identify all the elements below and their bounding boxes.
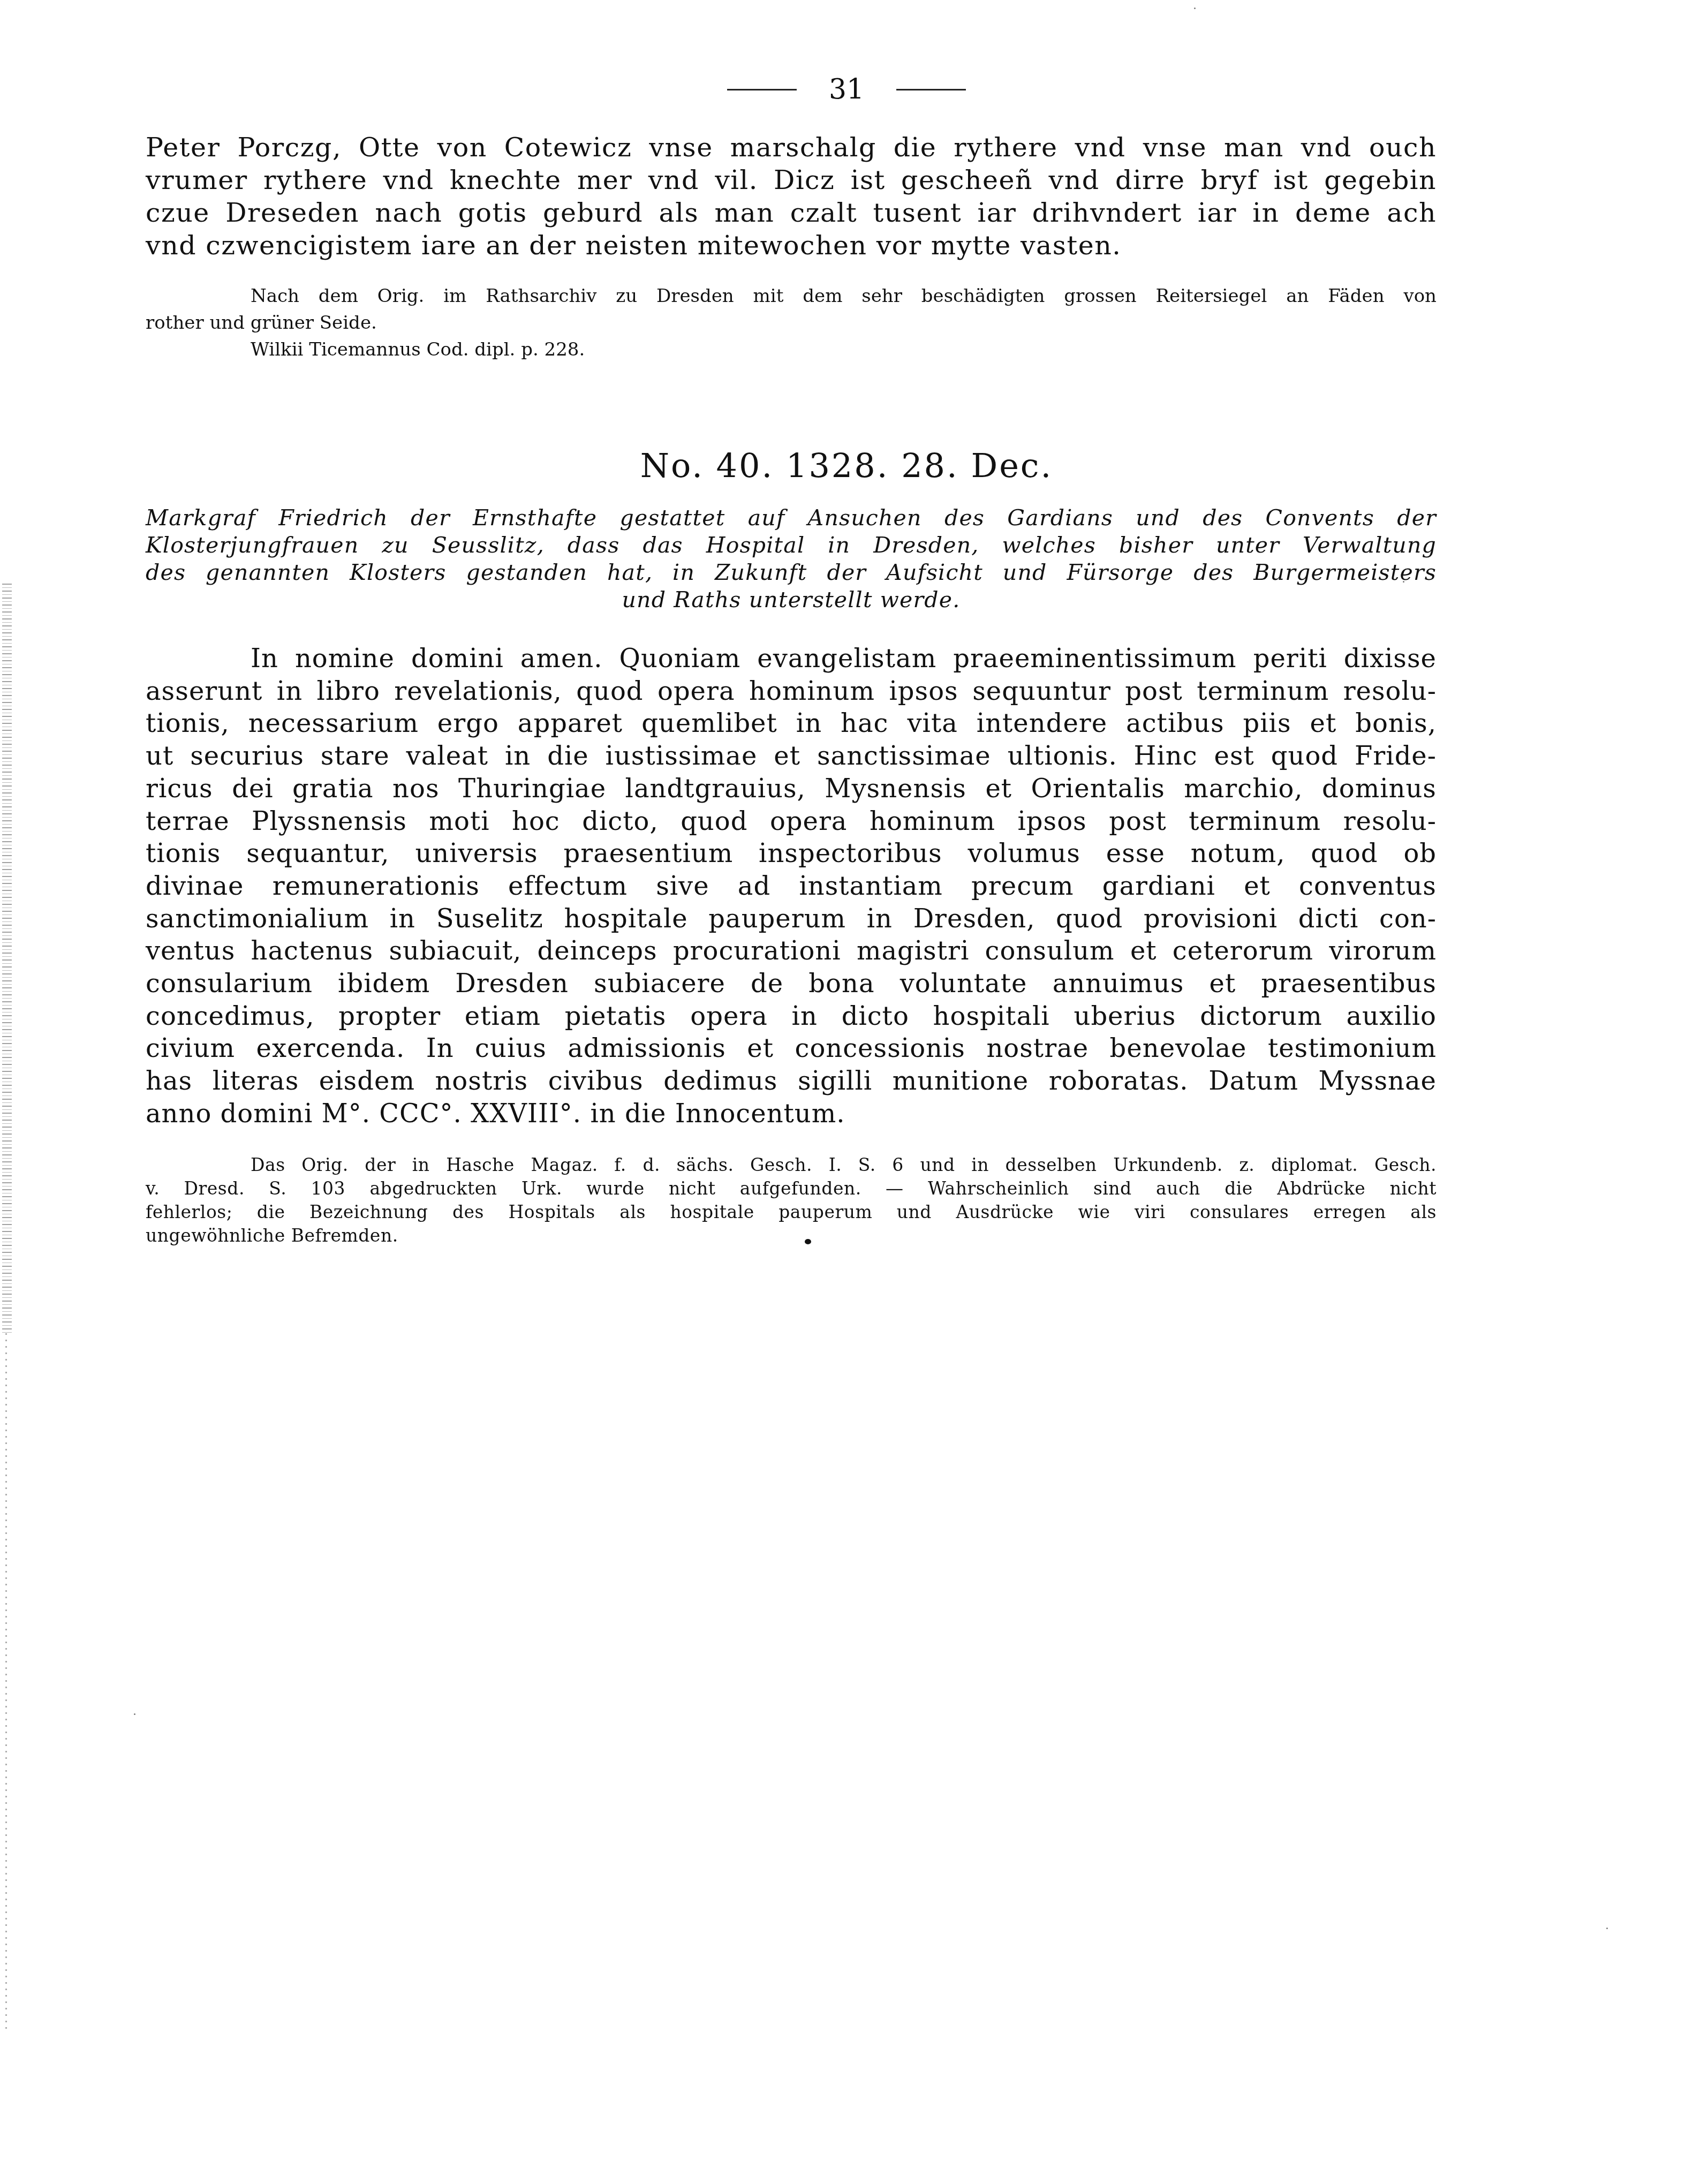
summary-line: und Raths unterstellt werde.: [146, 586, 1437, 614]
scan-edge-artifact: [2, 584, 12, 1333]
header-rule-right: [896, 89, 966, 90]
text-line: concedimus, propter etiam pietatis opera…: [146, 1000, 1437, 1033]
ink-dot-artifact: [805, 1239, 811, 1244]
page-number: 31: [829, 71, 864, 108]
header-rule-left: [727, 89, 797, 90]
footnote-line: fehlerlos; die Bezeichnung des Hospitals…: [146, 1200, 1437, 1224]
text-line: sanctimonialium in Suselitz hospitale pa…: [146, 903, 1437, 935]
text-line: tionis sequantur, universis praesentium …: [146, 837, 1437, 870]
scan-speck: [134, 1713, 135, 1715]
scan-speck: [1194, 7, 1196, 9]
source-note: Nach dem Orig. im Rathsarchiv zu Dresden…: [146, 283, 1437, 363]
scan-edge-artifact: [5, 1333, 7, 2029]
document-text: In nomine domini amen. Quoniam evangelis…: [146, 643, 1437, 1130]
text-line: vrumer rythere vnd knechte mer vnd vil. …: [146, 164, 1437, 197]
text-line: In nomine domini amen. Quoniam evangelis…: [146, 643, 1437, 675]
text-line: ut securius stare valeat in die iustissi…: [146, 740, 1437, 773]
text-line: Peter Porczg, Otte von Cotewicz vnse mar…: [146, 131, 1437, 164]
summary-line: des genannten Klosters gestanden hat, in…: [146, 559, 1437, 586]
page-number-header: 31: [0, 71, 1693, 108]
text-line: terrae Plyssnensis moti hoc dicto, quod …: [146, 805, 1437, 838]
text-line: ventus hactenus subiacuit, deinceps proc…: [146, 935, 1437, 968]
scan-speck: [1403, 581, 1404, 583]
note-line: Wilkii Ticemannus Cod. dipl. p. 228.: [146, 336, 1437, 363]
footnote-line: Das Orig. der in Hasche Magaz. f. d. säc…: [146, 1153, 1437, 1177]
note-line: Nach dem Orig. im Rathsarchiv zu Dresden…: [146, 283, 1437, 309]
scanned-page: 31 Peter Porczg, Otte von Cotewicz vnse …: [0, 0, 1693, 2184]
note-line: rother und grüner Seide.: [146, 309, 1437, 336]
text-line: vnd czwencigistem iare an der neisten mi…: [146, 229, 1437, 262]
text-line: ricus dei gratia nos Thuringiae landtgra…: [146, 773, 1437, 805]
document-heading: No. 40. 1328. 28. Dec.: [0, 444, 1693, 487]
text-line: asserunt in libro revelationis, quod ope…: [146, 675, 1437, 708]
continuation-paragraph: Peter Porczg, Otte von Cotewicz vnse mar…: [146, 131, 1437, 262]
text-line: anno domini M°. CCC°. XXVIII°. in die In…: [146, 1098, 1437, 1130]
text-line: divinae remunerationis effectum sive ad …: [146, 870, 1437, 903]
text-line: czue Dreseden nach gotis geburd als man …: [146, 197, 1437, 229]
text-line: consularium ibidem Dresden subiacere de …: [146, 968, 1437, 1000]
text-line: tionis, necessarium ergo apparet quemlib…: [146, 707, 1437, 740]
footnote-line: v. Dresd. S. 103 abgedruckten Urk. wurde…: [146, 1177, 1437, 1200]
summary-line: Markgraf Friedrich der Ernsthafte gestat…: [146, 504, 1437, 532]
summary-line: Klosterjungfrauen zu Seusslitz, dass das…: [146, 532, 1437, 559]
text-line: civium exercenda. In cuius admissionis e…: [146, 1032, 1437, 1065]
document-summary: Markgraf Friedrich der Ernsthafte gestat…: [146, 504, 1437, 614]
footnote-line: ungewöhnliche Befremden.: [146, 1224, 1437, 1248]
scan-speck: [1606, 1928, 1608, 1929]
text-line: has literas eisdem nostris civibus dedim…: [146, 1065, 1437, 1098]
footnote: Das Orig. der in Hasche Magaz. f. d. säc…: [146, 1153, 1437, 1248]
